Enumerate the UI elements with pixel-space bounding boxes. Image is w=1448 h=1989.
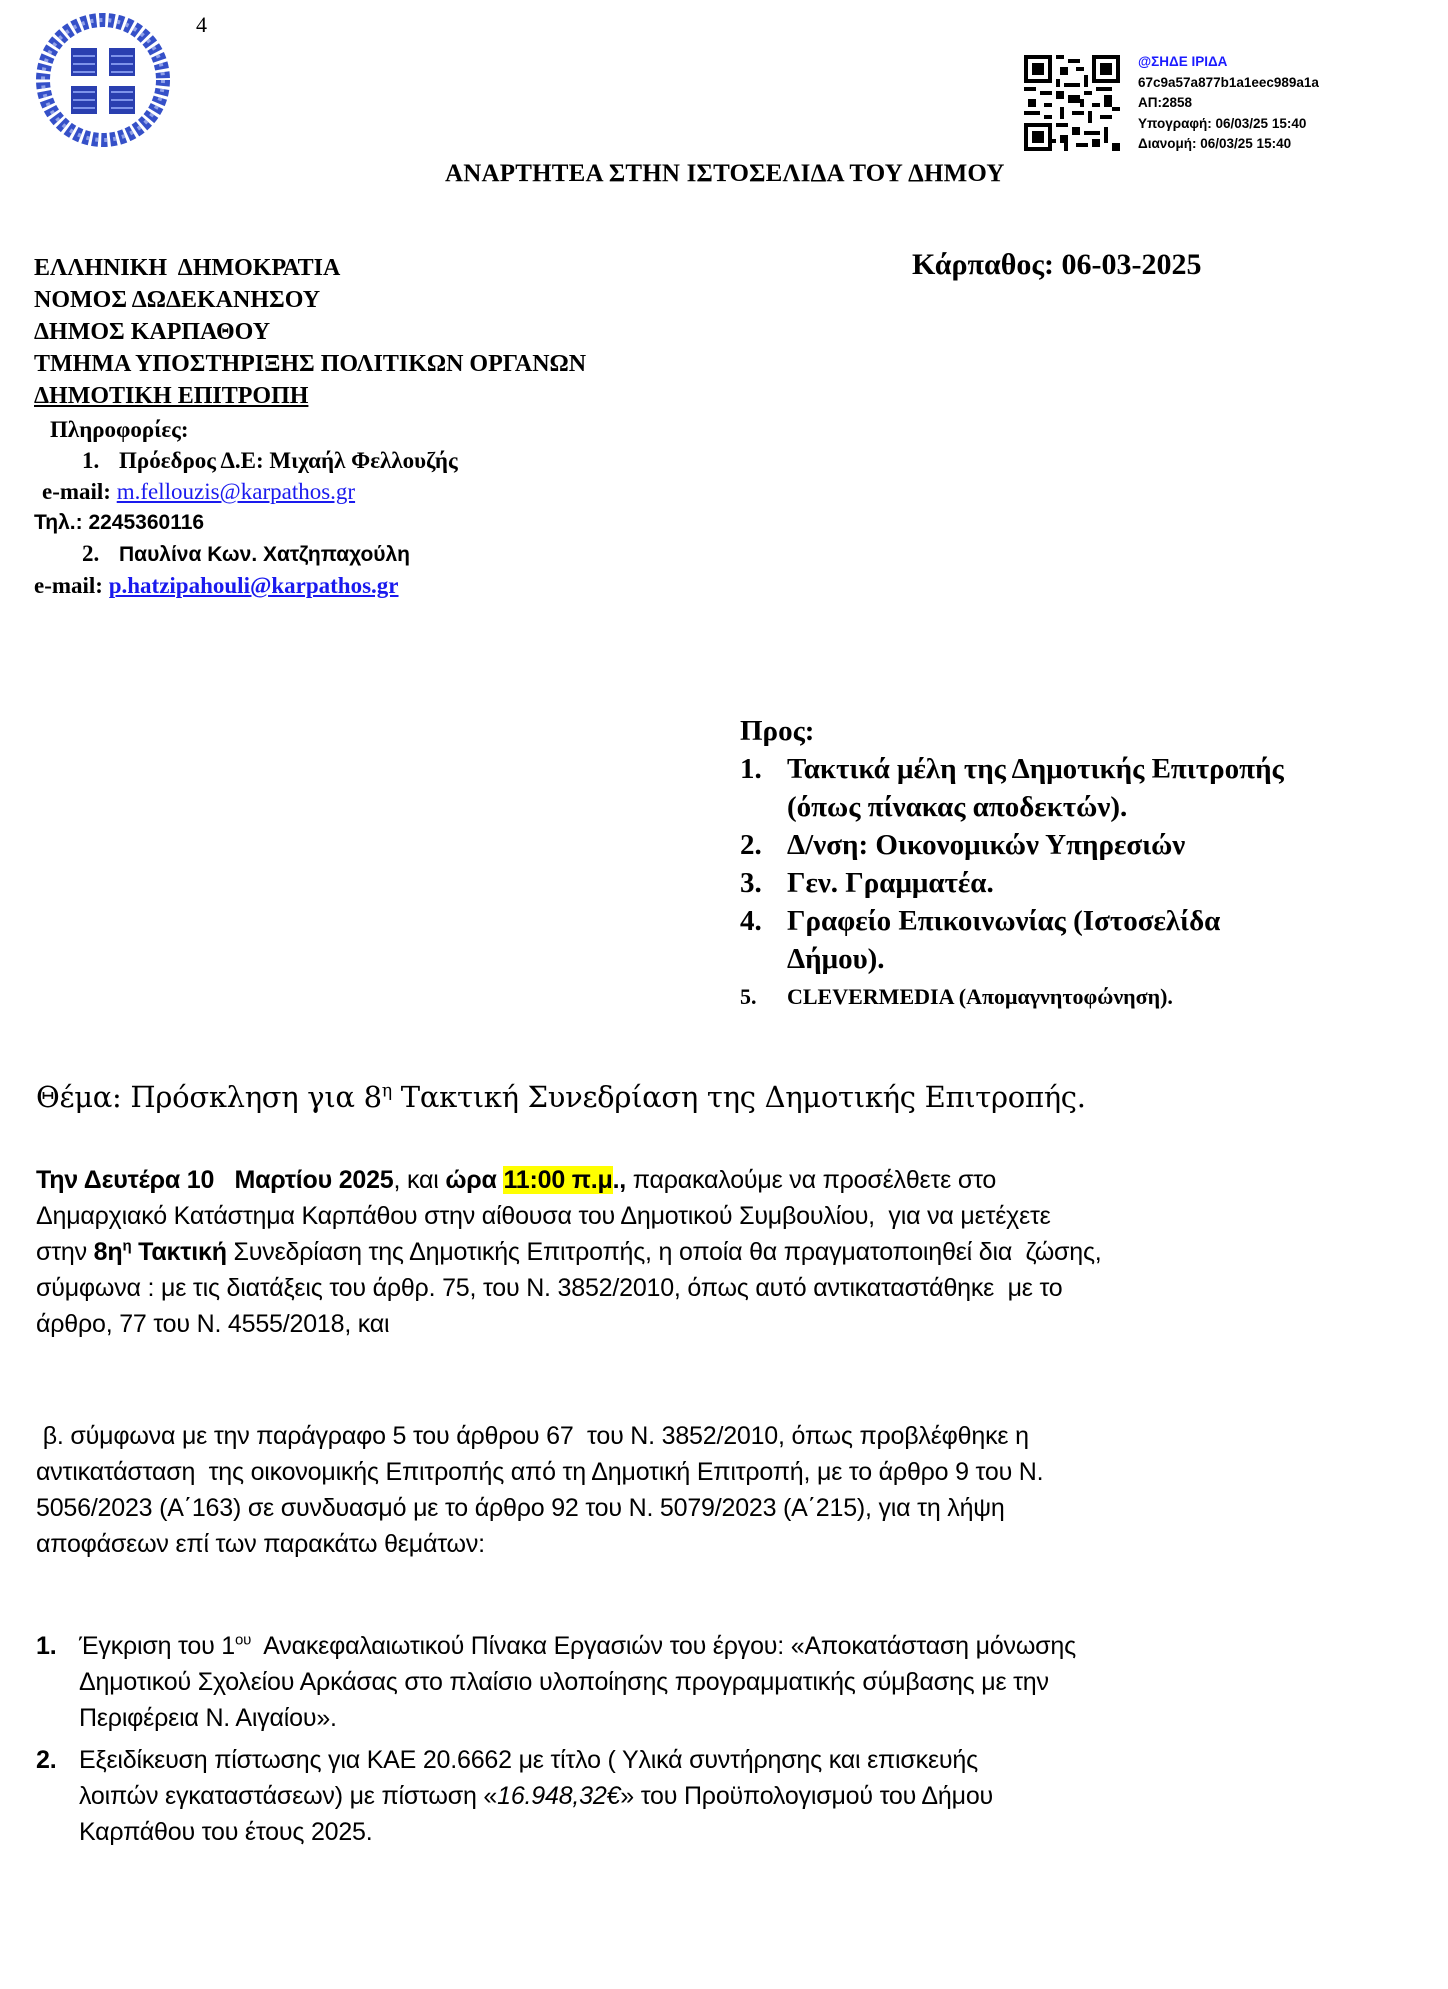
recipients-list: Προς: 1. Τακτικά μέλη της Δημοτικής Επιτ… — [740, 712, 1284, 1016]
recipient-item: 5. CLEVERMEDIA (Απομαγνητοφώνηση). — [740, 978, 1284, 1016]
recipients-label: Προς: — [740, 712, 1284, 750]
org-line: ΤΜΗΜΑ ΥΠΟΣΤΗΡΙΞΗΣ ΠΟΛΙΤΙΚΩΝ ΟΡΓΑΝΩΝ — [34, 348, 586, 380]
recipient-item: 3. Γεν. Γραμματέα. — [740, 864, 1284, 902]
digital-signature-stamp: @ΣΗΔΕ ΙΡΙΔΑ 67c9a57a877b1a1eec989a1a ΑΠ:… — [1138, 52, 1319, 155]
contact-info: Πληροφορίες: 1. Πρόεδρος Δ.Ε: Μιχαήλ Φελ… — [34, 414, 458, 601]
contact-2-email-link[interactable]: p.hatzipahouli@karpathos.gr — [109, 573, 399, 598]
stamp-signature: Υπογραφή: 06/03/25 15:40 — [1138, 114, 1319, 135]
recipient-item: 1. Τακτικά μέλη της Δημοτικής Επιτροπής … — [740, 750, 1284, 826]
contact-1-email-row: e-mail: m.fellouzis@karpathos.gr — [34, 476, 458, 507]
stamp-brand: @ΣΗΔΕ ΙΡΙΔΑ — [1138, 52, 1319, 73]
contact-1-phone-row: Τηλ.: 2245360116 — [34, 507, 458, 538]
stamp-hash: 67c9a57a877b1a1eec989a1a — [1138, 73, 1319, 94]
credit-amount: 16.948,32€ — [497, 1782, 620, 1810]
org-line: ΔΗΜΟΣ ΚΑΡΠΑΘΟΥ — [34, 316, 586, 348]
coat-of-arms-logo — [35, 10, 171, 150]
greek-coat-of-arms-icon — [35, 10, 171, 150]
contact-2-email-row: e-mail: p.hatzipahouli@karpathos.gr — [34, 570, 458, 601]
agenda-item: 1. Έγκριση του 1ου Ανακεφαλαιωτικού Πίνα… — [36, 1628, 1426, 1736]
post-notice-heading: ΑΝΑΡΤΗΤΕΑ ΣΤΗΝ ΙΣΤΟΣΕΛΙΔΑ ΤΟΥ ΔΗΜΟΥ — [445, 160, 1005, 188]
meeting-time-highlight: 11:00 π.μ — [503, 1166, 612, 1194]
subject-line: Θέμα: Πρόσκληση για 8η Τακτική Συνεδρίασ… — [36, 1080, 1086, 1114]
document-date: Κάρπαθος: 06-03-2025 — [912, 248, 1202, 282]
agenda-item: 2. Εξειδίκευση πίστωσης για ΚΑΕ 20.6662 … — [36, 1742, 1426, 1850]
org-line: ΕΛΛΗΝΙΚΗ ΔΗΜΟΚΡΑΤΙΑ — [34, 252, 586, 284]
agenda-topics: 1. Έγκριση του 1ου Ανακεφαλαιωτικού Πίνα… — [36, 1628, 1426, 1856]
recipient-item: 2. Δ/νση: Οικονομικών Υπηρεσιών — [740, 826, 1284, 864]
info-label: Πληροφορίες: — [34, 414, 458, 445]
org-line: ΝΟΜΟΣ ΔΩΔΕΚΑΝΗΣΟΥ — [34, 284, 586, 316]
meeting-date: Την Δευτέρα 10 Μαρτίου 2025 — [36, 1166, 394, 1194]
qr-code-icon — [1024, 55, 1120, 151]
contact-1-email-link[interactable]: m.fellouzis@karpathos.gr — [117, 479, 355, 504]
contact-1-name: 1. Πρόεδρος Δ.Ε: Μιχαήλ Φελλουζής — [34, 445, 458, 476]
recipient-item: 4. Γραφείο Επικοινωνίας (Ιστοσελίδα Δήμο… — [740, 902, 1284, 978]
contact-1-phone: 2245360116 — [88, 511, 204, 534]
organization-header: ΕΛΛΗΝΙΚΗ ΔΗΜΟΚΡΑΤΙΑ ΝΟΜΟΣ ΔΩΔΕΚΑΝΗΣΟΥ ΔΗ… — [34, 252, 586, 412]
org-line-committee: ΔΗΜΟΤΙΚΗ ΕΠΙΤΡΟΠΗ — [34, 380, 586, 412]
page-number: 4 — [196, 12, 207, 38]
legal-basis-paragraph: β. σύμφωνα με την παράγραφο 5 του άρθρου… — [36, 1418, 1416, 1562]
stamp-distribution: Διανομή: 06/03/25 15:40 — [1138, 134, 1319, 155]
contact-2-name: 2. Παυλίνα Κων. Χατζηπαχούλη — [34, 538, 458, 570]
invitation-paragraph: Την Δευτέρα 10 Μαρτίου 2025, και ώρα 11:… — [36, 1162, 1416, 1342]
stamp-protocol: ΑΠ:2858 — [1138, 93, 1319, 114]
